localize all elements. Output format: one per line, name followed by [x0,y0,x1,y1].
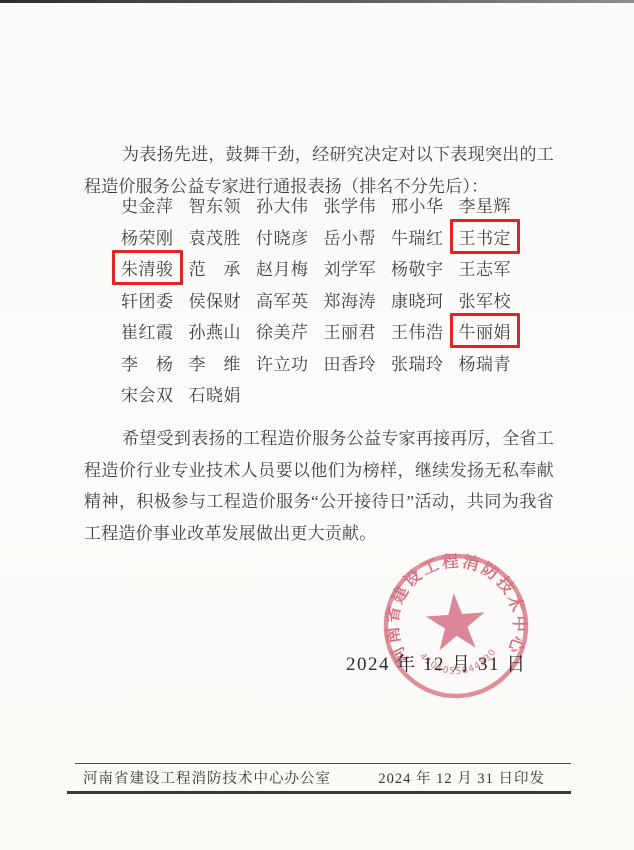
name-item: 张瑞玲 [391,347,459,379]
star-icon [424,591,487,651]
name-item: 孙大伟 [256,189,324,221]
name-item-highlighted: 朱清骏 [121,252,189,284]
name-item: 康晓珂 [391,284,459,316]
name-item: 李星辉 [459,189,527,221]
name-item: 刘学军 [324,252,392,284]
name-item: 王丽君 [324,315,392,347]
name-item: 李 维 [189,347,257,379]
name-item: 孙燕山 [189,315,257,347]
name-item: 岳小帮 [324,221,392,253]
name-item: 李 杨 [121,347,189,379]
names-grid: 史金萍智东领孙大伟张学伟邢小华李星辉杨荣刚袁茂胜付晓彦岳小帮牛瑞红王书定朱清骏范… [121,189,526,410]
name-item: 付晓彦 [256,221,324,253]
official-seal: 河南省建设工程消防技术中心 4101055844830 [376,546,536,706]
name-item: 侯保财 [189,284,257,316]
name-item: 范 承 [189,252,257,284]
name-item: 赵月梅 [256,252,324,284]
name-item: 杨瑞青 [459,347,527,379]
name-item: 邢小华 [391,189,459,221]
name-item: 高军英 [256,284,324,316]
name-item: 张军校 [459,284,527,316]
footer: 河南省建设工程消防技术中心办公室 2024 年 12 月 31 日印发 [67,763,571,794]
seal-ring [381,551,530,700]
closing-paragraph: 希望受到表扬的工程造价服务公益专家再接再厉，全省工程造价行业专业技术人员要以他们… [84,423,554,549]
name-item: 袁茂胜 [189,221,257,253]
name-item: 牛瑞红 [391,221,459,253]
name-item: 杨荣刚 [121,221,189,253]
name-item: 智东领 [189,189,257,221]
name-item: 杨敬宇 [391,252,459,284]
scan-edge [0,0,634,3]
name-item: 史金萍 [121,189,189,221]
name-item: 王志军 [459,252,527,284]
name-item: 张学伟 [324,189,392,221]
name-item: 田香玲 [324,347,392,379]
scanned-document-page: 为表扬先进，鼓舞干劲，经研究决定对以下表现突出的工程造价服务公益专家进行通报表扬… [0,0,634,850]
footer-print-date: 2024 年 12 月 31 日印发 [378,767,545,788]
name-item: 徐美芹 [256,315,324,347]
name-item-highlighted: 王书定 [459,221,527,253]
name-item-highlighted: 牛丽娟 [459,315,527,347]
name-item: 王伟浩 [391,315,459,347]
name-item: 石晓娟 [189,378,257,410]
name-item: 宋会双 [121,378,189,410]
footer-org: 河南省建设工程消防技术中心办公室 [83,767,331,788]
document-date: 2024 年 12 月 31 日 [346,649,527,676]
name-item: 许立功 [256,347,324,379]
footer-bottom-rule [67,791,571,794]
name-item: 郑海涛 [324,284,392,316]
name-item: 崔红霞 [121,315,189,347]
name-item: 轩团委 [121,284,189,316]
